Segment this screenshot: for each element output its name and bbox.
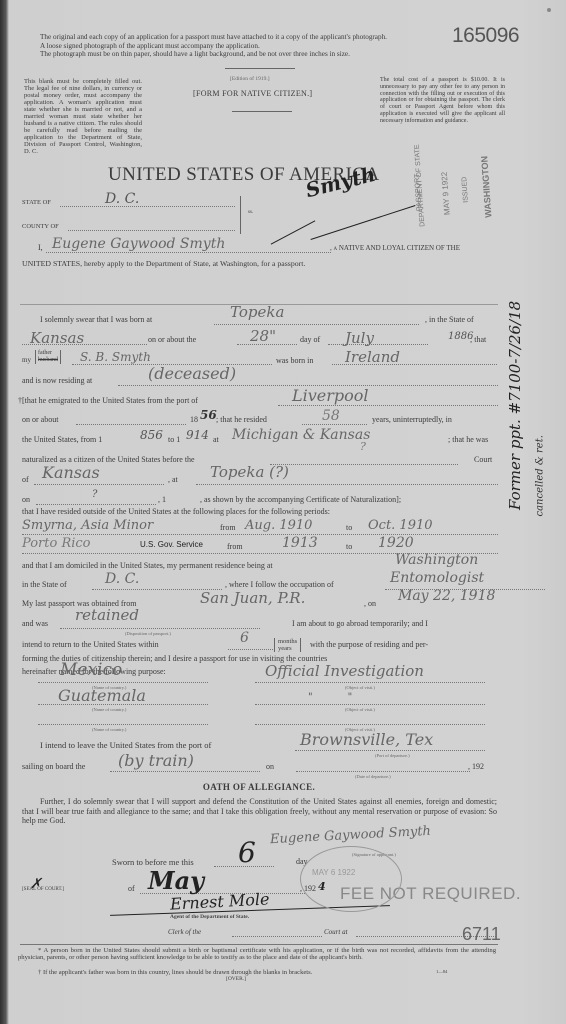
to-label-2: to (346, 542, 352, 551)
from-label-2: from (227, 542, 243, 551)
state-label: STATE OF (22, 199, 51, 206)
my-label: my (22, 356, 31, 364)
departure-port-line (295, 750, 485, 751)
object-line-3 (255, 724, 485, 725)
residence-to-label: to 1 (168, 435, 180, 444)
emigration-port-line (278, 405, 498, 406)
object-2: " " (308, 692, 352, 703)
occupation: Entomologist (390, 570, 484, 586)
on-or-about-label: on or about (22, 415, 58, 424)
divider (232, 111, 292, 112)
foreign-place-2: Porto Rico (22, 536, 91, 551)
object-1: Official Investigation (265, 662, 424, 680)
object-line-1 (255, 682, 485, 683)
years-option: years (278, 645, 297, 652)
oath-text: Further, I do solemnly swear that I will… (22, 797, 497, 826)
occupation-label: , where I follow the occupation of (225, 580, 334, 589)
day-of-label: day of (300, 335, 320, 344)
birth-day: 28" (250, 327, 276, 345)
department-stamp: DEPARTMENT OF STATE PASSPORT MAY 9 1922 … (399, 133, 481, 232)
return-within: 6 (240, 630, 249, 646)
residence-from-year: 856 (140, 428, 163, 442)
sworn-month: May (148, 866, 204, 895)
father-option: father (38, 350, 58, 357)
pen-stroke (311, 205, 416, 240)
months-years-bracket: months years (274, 638, 301, 652)
file-number: 6711 (462, 924, 501, 945)
birth-state-label: , in the State of (425, 315, 474, 324)
birth-state: Kansas (30, 329, 84, 347)
from-label-1: from (220, 523, 236, 532)
resided-outside-label: that I have resided outside of the Unite… (22, 507, 330, 516)
state-value: D. C. (105, 191, 139, 207)
applicant-name: Eugene Gaywood Smyth (52, 236, 225, 252)
resided-years: 58 (322, 408, 340, 424)
foreign-from-2: 1913 (282, 535, 318, 551)
domicile-residence: Washington (395, 552, 478, 568)
court-city: Topeka (?) (210, 463, 289, 481)
months-option: months (278, 638, 297, 645)
applicant-name-line (46, 252, 331, 253)
at-city-label: , at (168, 475, 178, 484)
birth-intro: I solemnly swear that I was born at (40, 315, 152, 324)
last-passport-on-label: , on (364, 599, 376, 608)
birthplace: Topeka (230, 303, 284, 321)
father-residence: (deceased) (148, 364, 236, 383)
county-line (68, 230, 235, 231)
emigration-date-line (76, 424, 186, 425)
residence-to-year: 914 (186, 428, 209, 442)
sailing-label: sailing on board the (22, 762, 85, 771)
on-label: on (22, 495, 30, 504)
foreign-from-1: Aug. 1910 (245, 518, 312, 533)
nat-year-label: , 1 (158, 495, 166, 504)
country-line-2 (38, 704, 208, 705)
abroad-label: I am about to go abroad temporarily; and… (292, 619, 428, 628)
bracket-line (240, 196, 241, 234)
object-caption-1: (Object of visit.) (345, 685, 375, 690)
domicile-state-label: in the State of (22, 580, 67, 589)
seal-label: [SEAL OF COURT.] (22, 887, 64, 892)
naturalization-date: ? (92, 489, 97, 500)
birthplace-line (214, 324, 419, 325)
sworn-day: 6 (238, 836, 256, 869)
edition-label: [Edition of 1919.] (230, 76, 270, 82)
seal-scribble: ✗ (30, 876, 42, 892)
apply-line: UNITED STATES, hereby apply to the Depar… (22, 259, 305, 268)
emigration-year: 56 (200, 408, 217, 422)
father-husband-bracket: father husband (35, 350, 61, 364)
court-label: Court (474, 455, 492, 464)
residence-period-label: the United States, from 1 (22, 435, 102, 444)
disposition-caption: (Disposition of passport.) (125, 631, 171, 636)
footnote-birth: * A person born in the United States sho… (18, 947, 496, 962)
court-at-label: Court at (324, 928, 348, 936)
last-passport-from: San Juan, P.R. (200, 589, 305, 607)
naturalized-that-label: ; that he was (448, 435, 488, 444)
clerk-label: Clerk of the (168, 928, 201, 936)
disposition-line (60, 628, 260, 629)
uninterruptedly-label: years, uninterruptedly, in (372, 415, 452, 424)
emigration-port: Liverpool (292, 386, 369, 405)
fee-note-right: The total cost of a passport is $10.00. … (380, 77, 505, 125)
country-caption-3: (Name of country.) (92, 727, 126, 732)
father-birthplace: Ireland (345, 348, 400, 366)
state-line (60, 206, 235, 207)
departure-date-line (296, 771, 470, 772)
country-line-3 (38, 724, 208, 725)
country-2: Guatemala (58, 686, 146, 705)
return-within-line (228, 649, 273, 650)
court-state-line (34, 484, 164, 485)
residing-label: and is now residing at (22, 376, 92, 385)
foreign-to-1: Oct. 1910 (368, 518, 433, 533)
husband-option: husband (38, 357, 58, 364)
purpose-label: with the purpose of residing and per- (310, 640, 428, 649)
court-value: ? (360, 440, 366, 453)
country-caption-2: (Name of country.) (92, 707, 126, 712)
foreign-place-1: Smyrna, Asia Minor (22, 518, 153, 533)
departure-port-label: I intend to leave the United States from… (40, 740, 211, 750)
country-1: Mexico (60, 660, 122, 680)
domicile-state: D. C. (105, 571, 139, 587)
of-label: of (22, 475, 29, 484)
serial-number: 165096 (452, 24, 519, 48)
notice-line-1: The original and each copy of an applica… (40, 33, 480, 42)
margin-note-line-1: Former ppt. #7100-7/26/18 (506, 220, 524, 510)
object-caption-2: (Object of visit.) (345, 707, 375, 712)
issued-stamp: ISSUED (459, 153, 469, 203)
court-state: Kansas (42, 463, 100, 482)
to-label-1: to (346, 523, 352, 532)
citizen-label: , a NATIVE AND LOYAL CITIZEN OF THE (330, 244, 460, 252)
of-month-label: of (128, 884, 135, 893)
divider (225, 68, 295, 69)
resided-years-line (302, 424, 367, 425)
emigrated-label: †[that he emigrated to the United States… (18, 396, 198, 405)
dept-stamp-date: MAY 9 1922 (438, 145, 452, 215)
court-line (270, 464, 458, 465)
notice-line-2: A loose signed photograph of the applica… (40, 42, 480, 51)
oath-heading: OATH OF ALLEGIANCE. (0, 782, 566, 792)
naturalization-date-line (36, 504, 156, 505)
father-name: S. B. Smyth (80, 350, 151, 364)
photo-notice: The original and each copy of an applica… (40, 33, 480, 59)
fee-note-left: This blank must be completely filled out… (24, 78, 142, 155)
departure-port: Brownsville, Tex (300, 730, 433, 749)
court-city-line (196, 484, 498, 485)
over-label: [OVER.] (226, 976, 246, 982)
disposition-label: and was (22, 619, 48, 628)
postmark-date: MAY 6 1922 (312, 868, 355, 877)
century-label: 18 (190, 415, 198, 424)
margin-note-line-2: cancelled & ret. (535, 227, 546, 537)
at-label: at (213, 435, 219, 444)
corner-mark (547, 8, 551, 12)
margin-note: Former ppt. #7100-7/26/18 cancelled & re… (500, 216, 530, 516)
ss-label: ss. (248, 210, 253, 215)
birth-month-line (328, 344, 428, 345)
applicant-signature: Eugene Gaywood Smyth (270, 824, 432, 847)
foreign-line-1 (22, 534, 498, 535)
agent-caption: Agent of the Department of State. (170, 914, 249, 920)
passport-application-page: The original and each copy of an applica… (0, 0, 566, 1024)
departure-date-caption: (Date of departure.) (355, 774, 391, 779)
object-line-2 (255, 704, 485, 705)
country-line-1 (38, 682, 208, 683)
departure-year-label: , 192 (468, 762, 484, 771)
certificate-label: , as shown by the accompanying Certifica… (200, 495, 401, 504)
birth-month: July (345, 329, 374, 347)
vessel-line (110, 771, 260, 772)
birth-date-label: on or about the (148, 335, 196, 344)
vessel: (by train) (118, 751, 194, 770)
last-passport-date: May 22, 1918 (398, 588, 495, 604)
resided-label: ; that he resided (216, 415, 267, 424)
residence-location: Michigan & Kansas (232, 427, 370, 443)
pen-stroke (271, 220, 316, 244)
return-label: intend to return to the United States wi… (22, 640, 159, 649)
footer-divider (20, 944, 498, 945)
disposition: retained (75, 606, 139, 624)
applicant-prefix: I, (38, 243, 43, 252)
father-born-label: was born in (276, 356, 313, 365)
foreign-note-2: U.S. Gov. Service (140, 540, 203, 549)
that-label: ; that (470, 335, 486, 344)
postmark-circle (300, 846, 402, 912)
foreign-to-2: 1920 (378, 535, 414, 551)
departure-port-caption: (Port of departure.) (375, 753, 410, 758)
footnote-father: † If the applicant's father was born in … (38, 969, 312, 976)
departure-on-label: on (266, 762, 274, 771)
issued-city-stamp: WASHINGTON (478, 138, 494, 219)
form-code: 1—84 (436, 969, 447, 974)
clerk-line (232, 936, 322, 937)
domicile-label: and that I am domiciled in the United St… (22, 561, 273, 570)
notice-line-3: The photograph must be on thin paper, sh… (40, 50, 480, 59)
county-label: COUNTY OF (22, 223, 59, 230)
form-type-label: [FORM FOR NATIVE CITIZEN.] (193, 89, 312, 98)
